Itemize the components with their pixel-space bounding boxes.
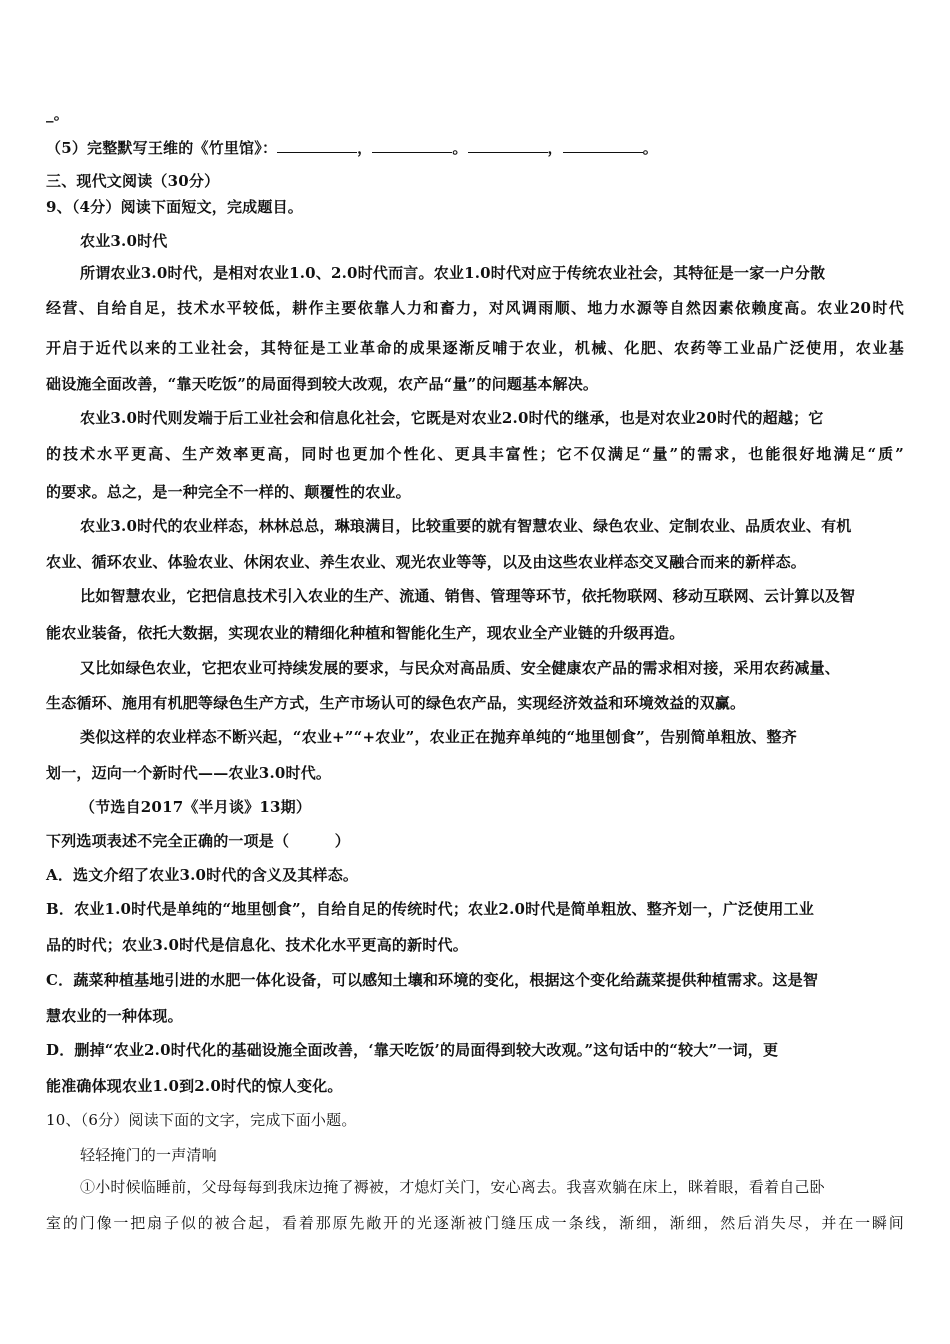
- separator: 。: [452, 139, 467, 157]
- q9-paragraph-line: 开启于近代以来的工业社会，其特征是工业革命的成果逐渐反哺于农业，机械、化肥、农药…: [46, 338, 904, 358]
- previous-answer-fragment: _。: [46, 104, 906, 124]
- q9-paragraph-line: 能农业装备，依托大数据，实现农业的精细化种植和智能化生产，现农业全产业链的升级再…: [46, 623, 906, 643]
- q9-paragraph-line: 农业3.0时代则发端于后工业社会和信息化社会，它既是对农业2.0时代的继承，也是…: [80, 408, 940, 428]
- q9-question: 下列选项表述不完全正确的一项是（ ）: [46, 831, 906, 851]
- answer-blank-3[interactable]: [468, 138, 548, 153]
- q9-paragraph-line: 又比如绿色农业，它把农业可持续发展的要求，与民众对高品质、安全健康农产品的需求相…: [80, 658, 940, 678]
- q9-paragraph-line: 础设施全面改善，“靠天吃饭”的局面得到较大改观，农产品“量”的问题基本解决。: [46, 374, 906, 394]
- q9-paragraph-line: 划一，迈向一个新时代——农业3.0时代。: [46, 763, 906, 783]
- option-a[interactable]: A．选文介绍了农业3.0时代的含义及其样态。: [46, 865, 906, 885]
- q9-paragraph-line: 的技术水平更高、生产效率更高，同时也更加个性化、更具丰富性；它不仅满足“量”的需…: [46, 444, 904, 464]
- q9-paragraph-line: 类似这样的农业样态不断兴起，“农业+”“+农业”，农业正在抛弃单纯的“地里刨食”…: [80, 727, 940, 747]
- option-d[interactable]: D．删掉“农业2.0时代化的基础设施全面改善，‘靠天吃饭’的局面得到较大改观。”…: [46, 1040, 906, 1060]
- q9-paragraph-line: 所谓农业3.0时代，是相对农业1.0、2.0时代而言。农业1.0时代对应于传统农…: [80, 263, 904, 283]
- option-d-cont[interactable]: 能准确体现农业1.0到2.0时代的惊人变化。: [46, 1076, 906, 1096]
- q10-article-title: 轻轻掩门的一声清响: [80, 1145, 940, 1165]
- answer-blank-4[interactable]: [563, 138, 643, 153]
- section-3-title: 三、现代文阅读（30分）: [46, 171, 906, 191]
- option-b[interactable]: B．农业1.0时代是单纯的“地里刨食”，自给自足的传统时代；农业2.0时代是简单…: [46, 899, 906, 919]
- q9-paragraph-line: 的要求。总之，是一种完全不一样的、颠覆性的农业。: [46, 482, 906, 502]
- separator: ，: [548, 139, 563, 157]
- option-b-cont[interactable]: 品的时代；农业3.0时代是信息化、技术化水平更高的新时代。: [46, 935, 906, 955]
- q8-item5: （5）完整默写王维的《竹里馆》：，。，。: [46, 138, 906, 158]
- q9-paragraph-line: 生态循环、施用有机肥等绿色生产方式，生产市场认可的绿色农产品，实现经济效益和环境…: [46, 693, 906, 713]
- q9-paragraph-line: 农业3.0时代的农业样态，林林总总，琳琅满目，比较重要的就有智慧农业、绿色农业、…: [80, 516, 940, 536]
- separator: 。: [643, 139, 658, 157]
- q10-paragraph-line: ①小时候临睡前，父母每每到我床边掩了褥被，才熄灯关门，安心离去。我喜欢躺在床上，…: [80, 1177, 906, 1197]
- answer-blank-1[interactable]: [277, 138, 357, 153]
- separator: ，: [357, 139, 372, 157]
- exam-page: _。 （5）完整默写王维的《竹里馆》：，。，。 三、现代文阅读（30分） 9、（…: [0, 0, 950, 1344]
- q9-paragraph-line: 经营、自给自足，技术水平较低，耕作主要依靠人力和畜力，对风调雨顺、地力水源等自然…: [46, 298, 904, 318]
- q9-source: （节选自2017《半月谈》13期）: [80, 797, 940, 817]
- answer-blank-2[interactable]: [372, 138, 452, 153]
- q8-item5-label: （5）完整默写王维的《竹里馆》：: [46, 139, 277, 157]
- option-c-cont[interactable]: 慧农业的一种体现。: [46, 1006, 906, 1026]
- q9-header: 9、（4分）阅读下面短文，完成题目。: [46, 197, 906, 217]
- option-c[interactable]: C．蔬菜种植基地引进的水肥一体化设备，可以感知土壤和环境的变化，根据这个变化给蔬…: [46, 970, 906, 990]
- q9-paragraph-line: 农业、循环农业、体验农业、休闲农业、养生农业、观光农业等等，以及由这些农业样态交…: [46, 552, 906, 572]
- q10-header: 10、（6分）阅读下面的文字，完成下面小题。: [46, 1110, 906, 1130]
- q9-article-title: 农业3.0时代: [80, 231, 940, 251]
- q9-paragraph-line: 比如智慧农业，它把信息技术引入农业的生产、流通、销售、管理等环节，依托物联网、移…: [80, 586, 940, 606]
- q10-paragraph-line: 室的门像一把扇子似的被合起，看着那原先敞开的光逐渐被门缝压成一条线，渐细，渐细，…: [46, 1213, 904, 1233]
